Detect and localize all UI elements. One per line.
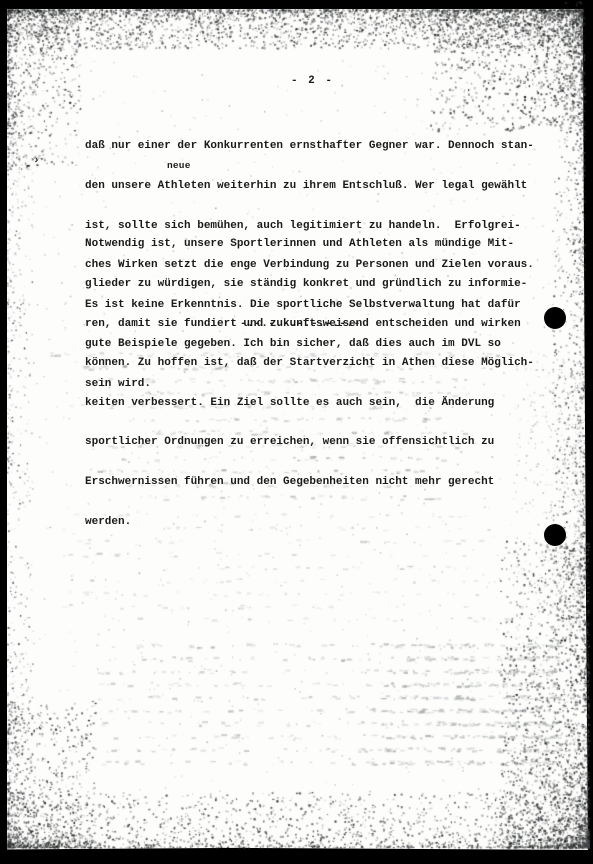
text-line: den unsere Athleten weiterhin zu ihrem E… <box>85 180 534 193</box>
paragraph-2: Notwendig ist, unsere Sportlerinnen und … <box>85 212 534 555</box>
text-line: werden. <box>85 516 534 529</box>
text-line: Notwendig ist, unsere Sportlerinnen und … <box>85 238 534 251</box>
dashed-separator: -.-.-.-.-.-.-.-.- <box>240 318 361 330</box>
margin-stray-mark: › <box>32 154 41 167</box>
text-line: Erschwernissen führen und den Gegebenhei… <box>85 476 534 489</box>
scan-edge-left <box>0 0 7 864</box>
scanned-document-page: - 2 - › daß nur einer der Konkurrenten e… <box>0 0 593 864</box>
text-line: keiten verbessert. Ein Ziel sollte es au… <box>85 397 534 410</box>
text-line: glieder zu würdigen, sie ständig konkret… <box>85 278 534 291</box>
hole-punch-top <box>544 307 566 329</box>
text-line: sportlicher Ordnungen zu erreichen, wenn… <box>85 436 534 449</box>
hole-punch-bottom <box>544 524 566 546</box>
scan-edge-top <box>0 0 593 9</box>
scan-edge-right <box>581 0 593 864</box>
page-number: - 2 - <box>85 75 540 87</box>
text-line: können. Zu hoffen ist, daß der Startverz… <box>85 357 534 370</box>
typed-insertion-above-line: neue <box>167 160 191 171</box>
text-line: daß nur einer der Konkurrenten ernsthaft… <box>85 140 534 153</box>
scan-edge-bottom <box>0 847 593 864</box>
